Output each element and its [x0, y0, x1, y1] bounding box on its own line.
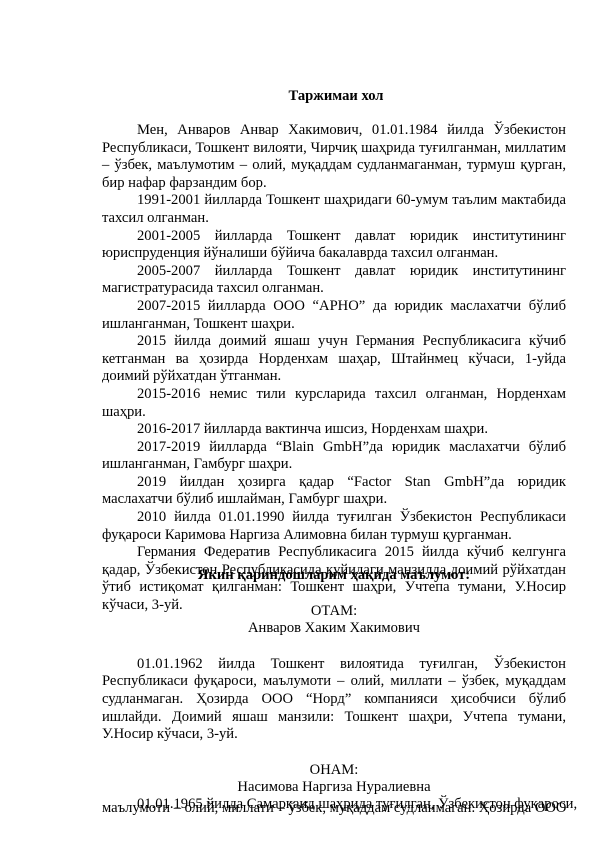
bio-paragraph: 2007-2015 йилларда ООО “АРНО” да юридик …: [102, 298, 566, 333]
bio-paragraph: 2015 йилда доимий яшаш учун Германия Рес…: [102, 333, 566, 386]
bio-paragraph: 1991-2001 йилларда Тошкент шаҳридаги 60-…: [102, 192, 566, 227]
biography-section: Мен, Анваров Анвар Хакимович, 01.01.1984…: [102, 122, 566, 615]
mother-details-line2: маълумоти – олий, миллати – ўзбек, муқад…: [102, 800, 566, 818]
mother-name: Насимова Наргиза Нуралиевна: [102, 779, 566, 797]
father-details: 01.01.1962 йилда Тошкент вилоятида туғил…: [102, 656, 566, 744]
bio-paragraph: 2015-2016 немис тили курсларида тахсил о…: [102, 386, 566, 421]
document-title: Таржимаи хол: [0, 88, 596, 106]
bio-paragraph: 2016-2017 йилларда вактинча ишсиз, Норде…: [102, 421, 566, 439]
bio-paragraph: Мен, Анваров Анвар Хакимович, 01.01.1984…: [102, 122, 566, 192]
bio-paragraph: 2017-2019 йилларда “Blain GmbH”да юридик…: [102, 439, 566, 474]
bio-paragraph: 2019 йилдан ҳозирга қадар “Factor Stan G…: [102, 474, 566, 509]
relatives-heading: Якин қариндошларим ҳақида маълумот:: [102, 567, 566, 585]
bio-paragraph: 2005-2007 йилларда Тошкент давлат юридик…: [102, 263, 566, 298]
mother-label: ОНАМ:: [102, 762, 566, 780]
father-label: ОТАМ:: [102, 603, 566, 621]
relatives-section: Якин қариндошларим ҳақида маълумот: ОТАМ…: [102, 567, 566, 797]
document-page: Таржимаи хол Мен, Анваров Анвар Хакимови…: [0, 0, 596, 842]
bio-paragraph: 2010 йилда 01.01.1990 йилда туғилган Ўзб…: [102, 509, 566, 544]
bio-paragraph: 2001-2005 йилларда Тошкент давлат юридик…: [102, 228, 566, 263]
father-name: Анваров Хаким Хакимович: [102, 620, 566, 638]
